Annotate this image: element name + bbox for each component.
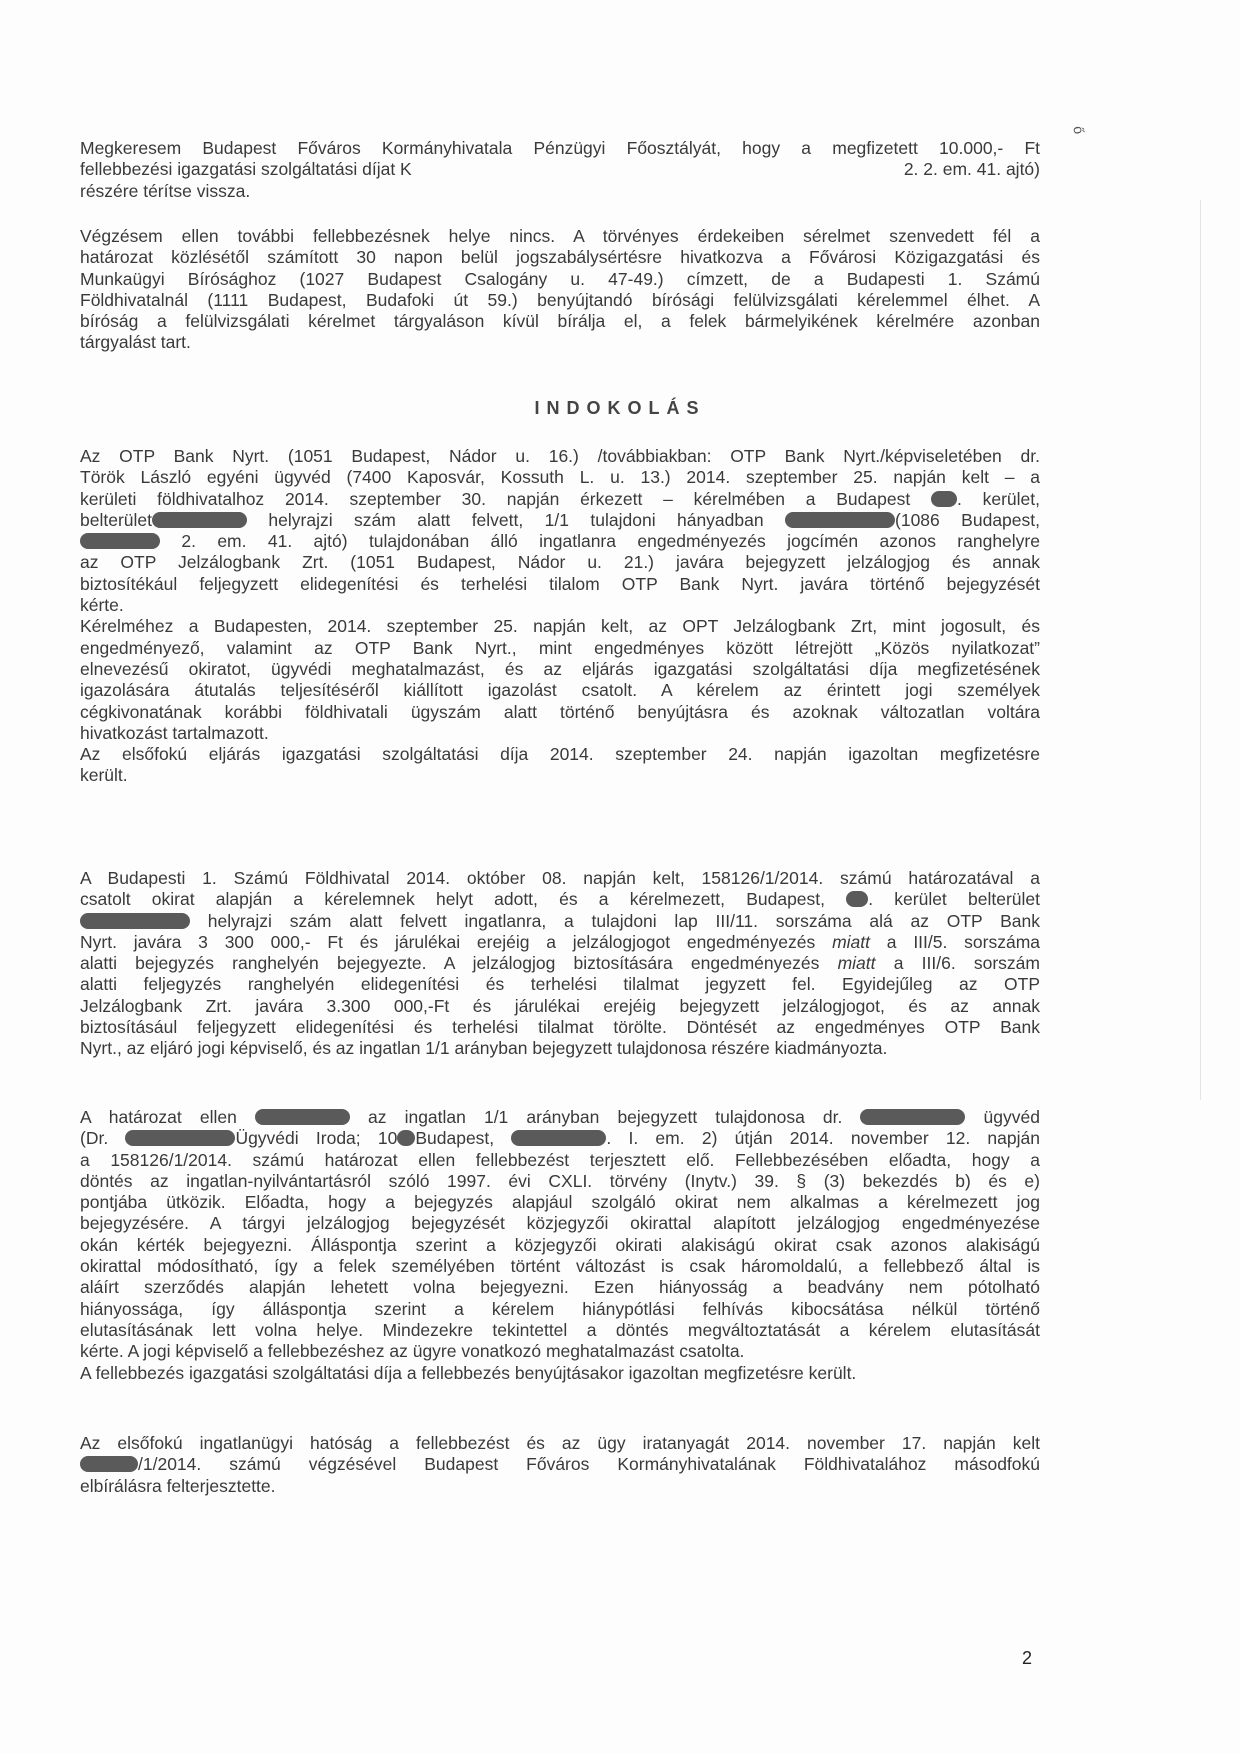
text-fragment: ügyvéd [965, 1107, 1040, 1127]
text-line: Földhivatalnál (1111 Budapest, Budafoki … [80, 290, 1040, 311]
document-page: ő Megkeresem Budapest Főváros Kormányhiv… [0, 0, 1240, 1753]
text-fragment: az ingatlan 1/1 arányban bejegyzett tula… [350, 1107, 842, 1127]
text-line: belterület helyrajzi szám alatt felvett,… [80, 510, 1040, 531]
text-line: bejegyzésére. A tárgyi jelzálogjog bejeg… [80, 1213, 1040, 1234]
text-line: tárgyalást tart. [80, 332, 1040, 353]
text-fragment: alatti bejegyzés ranghelyén bejegyezte. … [80, 953, 819, 973]
redacted-postcode [397, 1130, 415, 1146]
text-line: Az elsőfokú eljárás igazgatási szolgálta… [80, 744, 1040, 765]
text-fragment: kerületi földhivatalhoz 2014. szeptember… [80, 489, 910, 509]
text-fragment: helyrajzi szám alatt felvett ingatlanra,… [190, 911, 1040, 931]
redacted-case-number [80, 1456, 138, 1472]
text-line: Nyrt. javára 3 300 000,- Ft és járulékai… [80, 932, 1040, 953]
redacted-address [511, 1130, 606, 1146]
text-line: Nyrt., az eljáró jogi képviselő, és az i… [80, 1038, 1040, 1059]
text-fragment: . kerület, [957, 489, 1040, 509]
redacted-owner-name [785, 512, 895, 528]
redacted-street [80, 533, 160, 549]
text-line: Végzésem ellen további fellebbezésnek he… [80, 226, 1040, 247]
text-line: elbírálásra felterjesztette. [80, 1476, 1040, 1497]
handwritten-margin-mark: ő [1070, 125, 1087, 135]
text-line: Jelzálogbank Zrt. javára 3.300 000,-Ft é… [80, 996, 1040, 1017]
redacted-district [846, 891, 868, 907]
scan-edge-line [1200, 200, 1201, 1100]
text-line: bíróság a felülvizsgálati kérelmet tárgy… [80, 311, 1040, 332]
text-line: csatolt okirat alapján a kérelemnek hely… [80, 889, 1040, 910]
text-fragment: a III/5. sorszáma [870, 932, 1040, 952]
text-line: alatti bejegyzés ranghelyén bejegyezte. … [80, 953, 1040, 974]
text-line: /1/2014. számú végzésével Budapest Fővár… [80, 1454, 1040, 1475]
text-fragment: fellebbezési igazgatási szolgáltatási dí… [80, 159, 412, 179]
text-line: biztosításául feljegyzett elidegenítési … [80, 1017, 1040, 1038]
text-line: biztosítékául feljegyzett elidegenítési … [80, 574, 1040, 595]
text-line: kérte. A jogi képviselő a fellebbezéshez… [80, 1341, 1040, 1362]
text-line: pontjába ütközik. Előadta, hogy a bejegy… [80, 1192, 1040, 1213]
text-line: Munkaügyi Bírósághoz (1027 Budapest Csal… [80, 269, 1040, 290]
redacted-law-office-name [125, 1130, 235, 1146]
text-line: Az OTP Bank Nyrt. (1051 Budapest, Nádor … [80, 446, 1040, 467]
text-line: okirattal módosítható, így a felek szemé… [80, 1256, 1040, 1277]
text-line: A határozat ellen az ingatlan 1/1 arányb… [80, 1107, 1040, 1128]
text-fragment: helyrajzi szám alatt felvett, 1/1 tulajd… [247, 510, 764, 530]
text-fragment: (Dr. [80, 1128, 108, 1148]
redacted-lawyer-name [860, 1109, 965, 1125]
reasoning-paragraph-2: A Budapesti 1. Számú Földhivatal 2014. o… [80, 868, 1040, 1060]
text-line: A fellebbezés igazgatási szolgáltatási d… [80, 1363, 1040, 1384]
redacted-district [931, 491, 957, 507]
text-fragment: Ügyvédi Iroda; 10 [235, 1128, 397, 1148]
text-line: helyrajzi szám alatt felvett ingatlanra,… [80, 911, 1040, 932]
redacted-appellant-name [255, 1109, 350, 1125]
text-line: A Budapesti 1. Számú Földhivatal 2014. o… [80, 868, 1040, 889]
text-fragment: A határozat ellen [80, 1107, 237, 1127]
reasoning-paragraph-1: Az OTP Bank Nyrt. (1051 Budapest, Nádor … [80, 446, 1040, 787]
text-line: aláírt szerződés alapján lehetett volna … [80, 1277, 1040, 1298]
text-line: (Dr. Ügyvédi Iroda; 10Budapest, . I. em.… [80, 1128, 1040, 1149]
text-fragment: . I. em. 2) útján 2014. november 12. nap… [606, 1128, 1040, 1148]
text-line: Az elsőfokú ingatlanügyi hatóság a felle… [80, 1433, 1040, 1454]
text-fragment: (1086 Budapest, [895, 510, 1040, 530]
text-line: cégkivonatának korábbi földhivatali ügys… [80, 702, 1040, 723]
text-line: alatti feljegyzés ranghelyén elidegeníté… [80, 974, 1040, 995]
text-line: elnevezésű okiratot, ügyvédi meghatalmaz… [80, 659, 1040, 680]
text-line: 2. em. 41. ajtó) tulajdonában álló ingat… [80, 531, 1040, 552]
redacted-parcel-number [80, 913, 190, 929]
refund-paragraph: Megkeresem Budapest Főváros Kormányhivat… [80, 138, 1040, 202]
reasoning-paragraph-4: Az elsőfokú ingatlanügyi hatóság a felle… [80, 1433, 1040, 1497]
redacted-parcel-number [152, 512, 247, 528]
text-fragment: . kerület belterület [868, 889, 1040, 909]
text-fragment: 2. em. 41. ajtó) tulajdonában álló ingat… [160, 531, 1040, 551]
text-line: engedményező, valamint az OTP Bank Nyrt.… [80, 638, 1040, 659]
text-fragment: a III/6. sorszám [876, 953, 1041, 973]
text-line: Török László egyéni ügyvéd (7400 Kaposvá… [80, 467, 1040, 488]
text-line: került. [80, 765, 1040, 786]
text-line: igazolására átutalás teljesítéséről kiál… [80, 680, 1040, 701]
text-fragment: Nyrt. javára 3 300 000,- Ft és járulékai… [80, 932, 815, 952]
page-number: 2 [1022, 1648, 1032, 1669]
text-line: a 158126/1/2014. számú határozat ellen f… [80, 1150, 1040, 1171]
text-line: döntés az ingatlan-nyilvántartásról szól… [80, 1171, 1040, 1192]
text-fragment: belterület [80, 510, 152, 530]
text-fragment: /1/2014. számú végzésével Budapest Fővár… [138, 1454, 1040, 1474]
text-line: hivatkozást tartalmazott. [80, 723, 1040, 744]
text-line: Kérelméhez a Budapesten, 2014. szeptembe… [80, 616, 1040, 637]
text-line: fellebbezési igazgatási szolgáltatási dí… [80, 159, 1040, 180]
text-line: elutasításának lett volna helye. Mindeze… [80, 1320, 1040, 1341]
reasoning-paragraph-3: A határozat ellen az ingatlan 1/1 arányb… [80, 1107, 1040, 1384]
text-fragment: 2. 2. em. 41. ajtó) [904, 159, 1040, 180]
text-line: hiányossága, így álláspontja szerint a k… [80, 1299, 1040, 1320]
text-fragment-italic: miatt [838, 953, 876, 973]
text-fragment: Budapest, [415, 1128, 494, 1148]
text-line: az OTP Jelzálogbank Zrt. (1051 Budapest,… [80, 552, 1040, 573]
text-line: részére térítse vissza. [80, 181, 1040, 202]
text-line: Megkeresem Budapest Főváros Kormányhivat… [80, 138, 1040, 159]
text-line: okán kérték bejegyezni. Álláspontja szer… [80, 1235, 1040, 1256]
text-line: határozat közlésétől számított 30 napon … [80, 247, 1040, 268]
text-line: kerületi földhivatalhoz 2014. szeptember… [80, 489, 1040, 510]
text-fragment-italic: miatt [832, 932, 870, 952]
legal-remedy-paragraph: Végzésem ellen további fellebbezésnek he… [80, 226, 1040, 354]
text-line: kérte. [80, 595, 1040, 616]
section-heading: INDOKOLÁS [0, 398, 1240, 419]
text-fragment: csatolt okirat alapján a kérelemnek hely… [80, 889, 825, 909]
